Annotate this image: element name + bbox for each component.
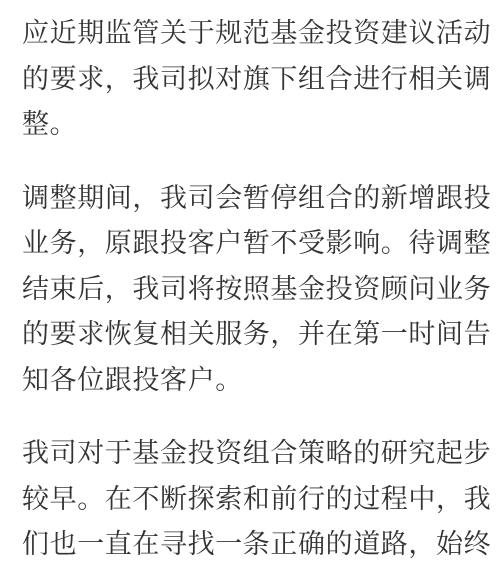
text-line: 应近期监管关于规范基金投资建议活动 <box>22 11 482 57</box>
text-line: 的要求恢复相关服务，并在第一时间告 <box>22 312 482 358</box>
paragraph-3: 我司对于基金投资组合策略的研究起步 较早。在不断探索和前行的过程中，我 们也一直… <box>22 431 482 563</box>
text-line: 们也一直在寻找一条正确的道路，始终 <box>22 522 482 563</box>
text-line: 知各位跟投客户。 <box>22 358 482 404</box>
text-line: 结束后，我司将按照基金投资顾问业务 <box>22 267 482 313</box>
article-body: 应近期监管关于规范基金投资建议活动 的要求，我司拟对旗下组合进行相关调 整。 调… <box>22 0 482 563</box>
paragraph-spacer <box>22 403 482 431</box>
text-line: 业务，原跟投客户暂不受影响。待调整 <box>22 221 482 267</box>
paragraph-1: 应近期监管关于规范基金投资建议活动 的要求，我司拟对旗下组合进行相关调 整。 <box>22 11 482 148</box>
text-line: 我司对于基金投资组合策略的研究起步 <box>22 431 482 477</box>
paragraph-2: 调整期间，我司会暂停组合的新增跟投 业务，原跟投客户暂不受影响。待调整 结束后，… <box>22 176 482 404</box>
text-line: 较早。在不断探索和前行的过程中，我 <box>22 477 482 523</box>
text-line: 调整期间，我司会暂停组合的新增跟投 <box>22 176 482 222</box>
text-line: 整。 <box>22 102 482 148</box>
text-line: 的要求，我司拟对旗下组合进行相关调 <box>22 57 482 103</box>
paragraph-spacer <box>22 148 482 176</box>
